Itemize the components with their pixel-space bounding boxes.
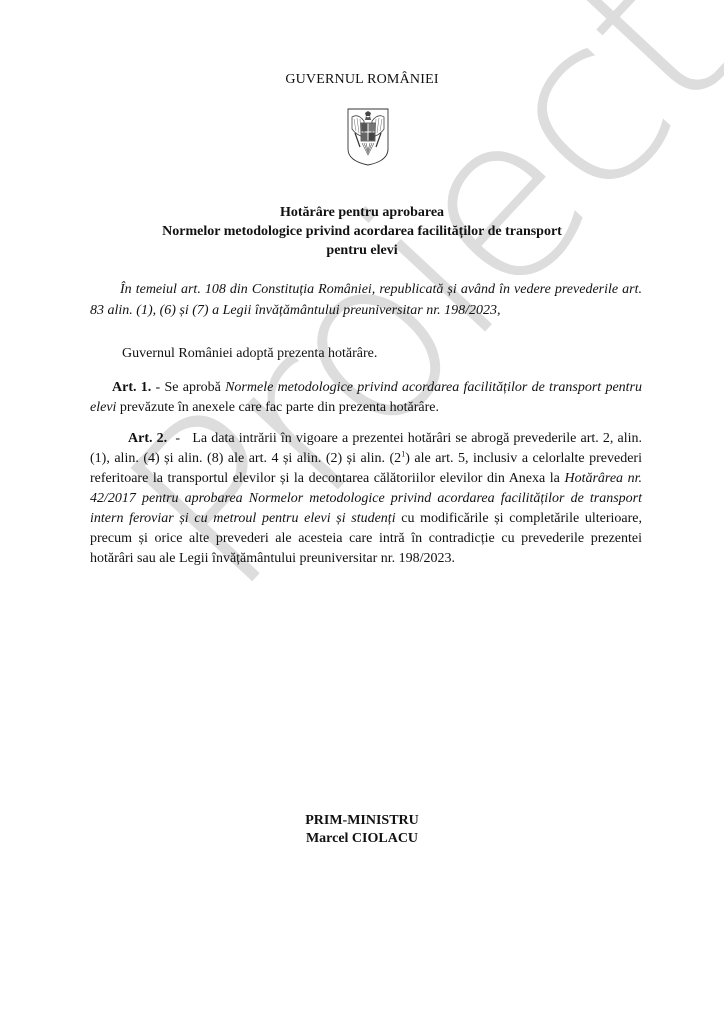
adoption-statement: Guvernul României adoptă prezenta hotărâ…: [122, 346, 377, 362]
article-2: Art. 2. - La data intrării în vigoare a …: [90, 429, 642, 569]
coat-of-arms-icon: [346, 107, 390, 167]
government-header: GUVERNUL ROMÂNIEI: [0, 72, 724, 88]
article-1: Art. 1. - Se aprobă Normele metodologice…: [90, 378, 642, 418]
document-page: Proiect GUVERNUL ROMÂNIEI Ho: [0, 0, 724, 1024]
article-label: Art. 1.: [112, 380, 151, 395]
article-text: prevăzute în anexele care fac parte din …: [116, 400, 439, 415]
document-content: GUVERNUL ROMÂNIEI Hotărâre pentru apr: [0, 0, 724, 1024]
article-text: Se aprobă: [164, 380, 225, 395]
signature-block: PRIM-MINISTRU Marcel CIOLACU: [0, 812, 724, 848]
title-line: Normelor metodologice privind acordarea …: [0, 222, 724, 241]
article-label: Art. 2.: [128, 431, 167, 446]
signatory-name: Marcel CIOLACU: [0, 830, 724, 848]
signatory-title: PRIM-MINISTRU: [0, 812, 724, 830]
title-line: pentru elevi: [0, 241, 724, 260]
title-line: Hotărâre pentru aprobarea: [0, 203, 724, 222]
article-separator: -: [167, 431, 192, 446]
legal-basis-preamble: În temeiul art. 108 din Constituția Româ…: [90, 279, 642, 321]
article-separator: -: [151, 380, 164, 395]
decision-title: Hotărâre pentru aprobarea Normelor metod…: [0, 203, 724, 260]
